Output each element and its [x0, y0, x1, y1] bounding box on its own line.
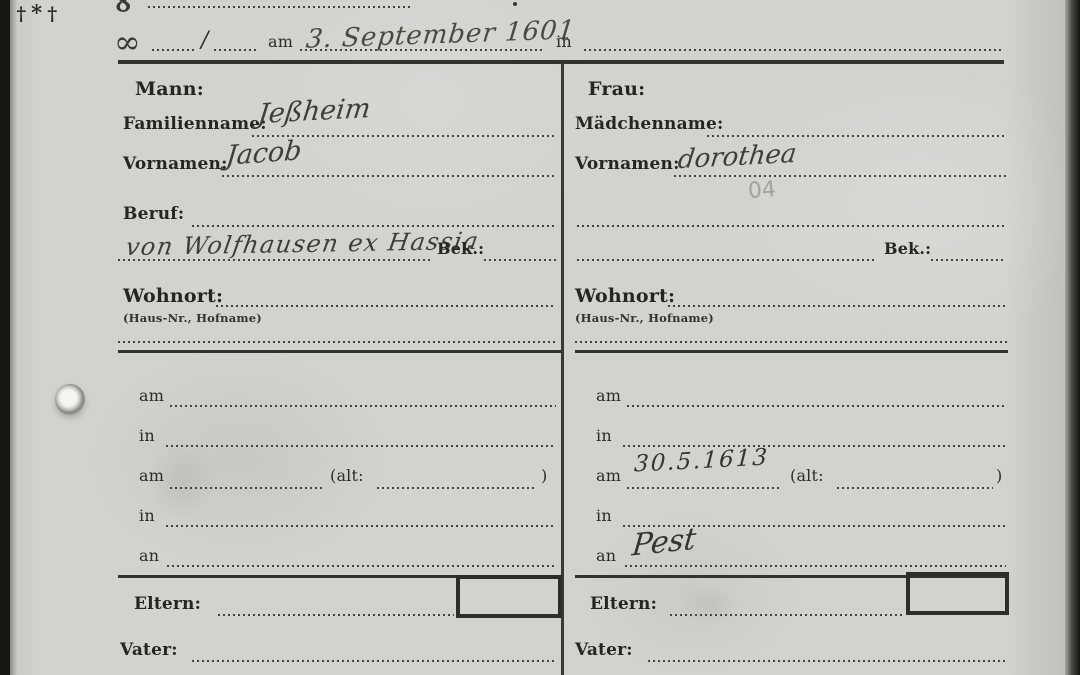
bek-label: Bek.:	[437, 241, 484, 257]
punch-hole	[55, 384, 85, 415]
dotted-line	[167, 565, 556, 567]
dotted-line	[670, 614, 904, 616]
death-cause-label: an	[596, 548, 616, 564]
birth-am-label: am	[596, 388, 621, 404]
dotted-line	[222, 175, 556, 177]
dotted-line	[627, 487, 782, 489]
surname-handwriting: Jeßheim	[256, 95, 372, 128]
dotted-line	[152, 49, 196, 51]
dotted-line	[148, 6, 412, 8]
dotted-line	[166, 445, 556, 447]
father-label: Vater:	[575, 642, 633, 659]
section-rule	[118, 350, 561, 353]
death-am-label: am	[596, 468, 621, 484]
death-symbol: †	[16, 3, 26, 25]
bek-label: Bek.:	[884, 241, 931, 257]
dotted-line	[192, 660, 556, 662]
scanned-family-record: ∞ ∞ / am 3. September 1601 in Mann: Fami…	[0, 0, 1080, 675]
age-open-label: (alt:	[790, 468, 824, 484]
parents-label: Eltern:	[134, 596, 201, 613]
birth-in-label: in	[596, 428, 612, 444]
marriage-in-label: in	[556, 34, 572, 50]
dotted-line	[625, 565, 1006, 567]
residence-label: Wohnort:	[575, 287, 675, 306]
residence-label: Wohnort:	[123, 287, 223, 306]
dotted-line	[674, 175, 1006, 177]
death-in-label: in	[596, 508, 612, 524]
parents-label: Eltern:	[590, 596, 657, 613]
age-close-label: )	[541, 468, 547, 484]
cut-off-symbol: ∞	[107, 0, 141, 15]
smudge-mark	[680, 585, 740, 625]
scan-edge-left-shadow	[10, 0, 17, 675]
residence-sublabel: (Haus-Nr., Hofname)	[123, 313, 262, 325]
dotted-line	[837, 487, 993, 489]
given-names-handwriting: Jacob	[225, 137, 303, 170]
scan-edge-left	[0, 0, 10, 675]
dotted-line	[707, 135, 1006, 137]
marriage-am-label: am	[268, 34, 293, 50]
dotted-line	[648, 660, 1006, 662]
dotted-line	[577, 225, 1006, 227]
dotted-line	[192, 225, 556, 227]
slash-separator: /	[201, 30, 209, 52]
dotted-line	[218, 614, 454, 616]
dotted-line	[166, 525, 556, 527]
pencil-note: 04	[747, 179, 776, 203]
birth-in-label: in	[139, 428, 155, 444]
eltern-stamp-box	[456, 575, 562, 618]
given-names-handwriting: dorothea	[676, 141, 798, 173]
scan-edge-right	[1065, 0, 1080, 675]
eltern-stamp-box	[906, 572, 1009, 615]
ink-speck	[513, 2, 517, 6]
age-close-label: )	[996, 468, 1002, 484]
section-rule	[575, 350, 1008, 353]
birth-am-label: am	[139, 388, 164, 404]
birth-symbol: *	[31, 0, 42, 25]
death-symbol: †	[47, 3, 57, 25]
age-open-label: (alt:	[330, 468, 364, 484]
marriage-date-handwriting: 3. September 1601	[305, 17, 577, 53]
father-label: Vater:	[120, 642, 178, 659]
residence-sublabel: (Haus-Nr., Hofname)	[575, 313, 714, 325]
husband-section-header: Mann:	[135, 80, 204, 99]
dotted-line	[931, 259, 1006, 261]
dotted-line	[584, 49, 1004, 51]
dotted-line	[214, 49, 258, 51]
death-cause-handwriting: Pest	[631, 524, 698, 561]
death-cause-label: an	[139, 548, 159, 564]
dotted-line	[484, 259, 556, 261]
dotted-line	[118, 341, 558, 343]
given-names-label: Vornamen:	[575, 156, 680, 173]
dotted-line	[577, 259, 877, 261]
surname-label: Familienname:	[123, 116, 267, 133]
marriage-infinity-symbol: ∞	[114, 26, 141, 58]
dotted-line	[575, 341, 1008, 343]
death-am-label: am	[139, 468, 164, 484]
dotted-line	[668, 305, 1006, 307]
death-date-handwriting: 30.5.1613	[633, 446, 769, 476]
death-in-label: in	[139, 508, 155, 524]
dotted-line	[377, 487, 537, 489]
dotted-line	[627, 405, 1006, 407]
wife-section-header: Frau:	[588, 80, 645, 99]
dotted-line	[216, 305, 556, 307]
given-names-label: Vornamen:	[123, 156, 228, 173]
occupation-label: Beruf:	[123, 206, 184, 223]
origin-handwriting: von Wolfhausen ex Hassia	[124, 229, 481, 259]
dotted-line	[170, 487, 322, 489]
dotted-line	[170, 405, 556, 407]
maiden-name-label: Mädchenname:	[575, 116, 723, 133]
dotted-line	[623, 445, 1006, 447]
